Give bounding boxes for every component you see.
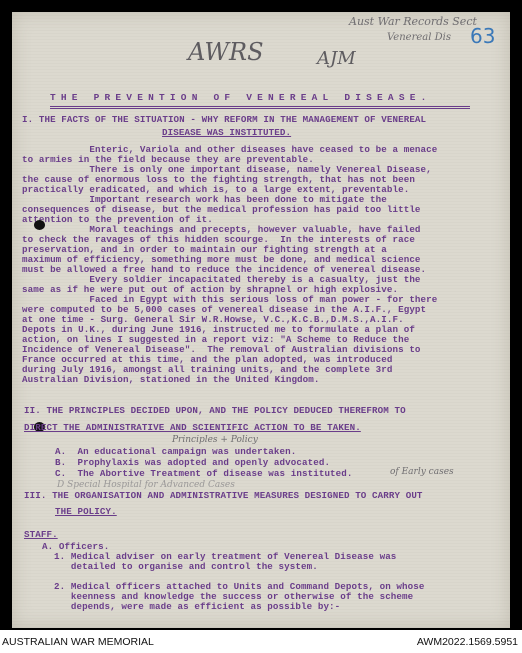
archive-annotation: Aust War Records Sect <box>349 15 477 28</box>
subject-annotation: Venereal Dis <box>387 32 451 43</box>
punch-hole <box>34 220 45 230</box>
title-underline <box>50 108 470 109</box>
section-3-heading-cont: THE POLICY. <box>55 507 117 517</box>
footer-accession-number: AWM2022.1569.5951 <box>417 636 518 648</box>
principle-item-b: B. Prophylaxis was adopted and openly ad… <box>55 458 330 468</box>
page-number: 63 <box>470 24 495 48</box>
initials2-annotation: AJM <box>317 48 356 69</box>
footer-institution: AUSTRALIAN WAR MEMORIAL <box>2 636 154 648</box>
principle-item-c: C. The Abortive Treatment of disease was… <box>55 469 353 479</box>
principle-item-a: A. An educational campaign was undertake… <box>55 447 296 457</box>
margin-note-d: D Special Hospital for Advanced Cases <box>57 480 235 490</box>
initials-annotation: AWRS <box>188 38 264 66</box>
section-2-heading: II. THE PRINCIPLES DECIDED UPON, AND THE… <box>24 406 406 416</box>
margin-note-principles: Principles + Policy <box>172 435 258 445</box>
document-page: Aust War Records Sect Venereal Dis 63 AW… <box>12 12 510 628</box>
staff-heading: STAFF. <box>24 530 58 540</box>
body-line: Australian Division, stationed in the Un… <box>22 375 437 385</box>
officers-item-2-cont2: depends, were made as efficient as possi… <box>54 602 340 612</box>
section-1-body: Enteric, Variola and other diseases have… <box>22 145 437 385</box>
document-title: THE PREVENTION OF VENEREAL DISEASE. <box>50 92 432 103</box>
title-underline <box>50 106 470 107</box>
section-3-heading: III. THE ORGANISATION AND ADMINISTRATIVE… <box>24 491 423 501</box>
section-2-heading-cont: DIRECT THE ADMINISTRATIVE AND SCIENTIFIC… <box>24 423 361 433</box>
margin-note-early-cases: of Early cases <box>390 467 454 477</box>
section-1-heading-cont: DISEASE WAS INSTITUTED. <box>162 128 291 138</box>
officers-item-1-cont: detailed to organise and control the sys… <box>54 562 318 572</box>
footer-bar: AUSTRALIAN WAR MEMORIAL AWM2022.1569.595… <box>0 630 522 653</box>
section-1-heading: I. THE FACTS OF THE SITUATION - WHY REFO… <box>22 115 426 125</box>
